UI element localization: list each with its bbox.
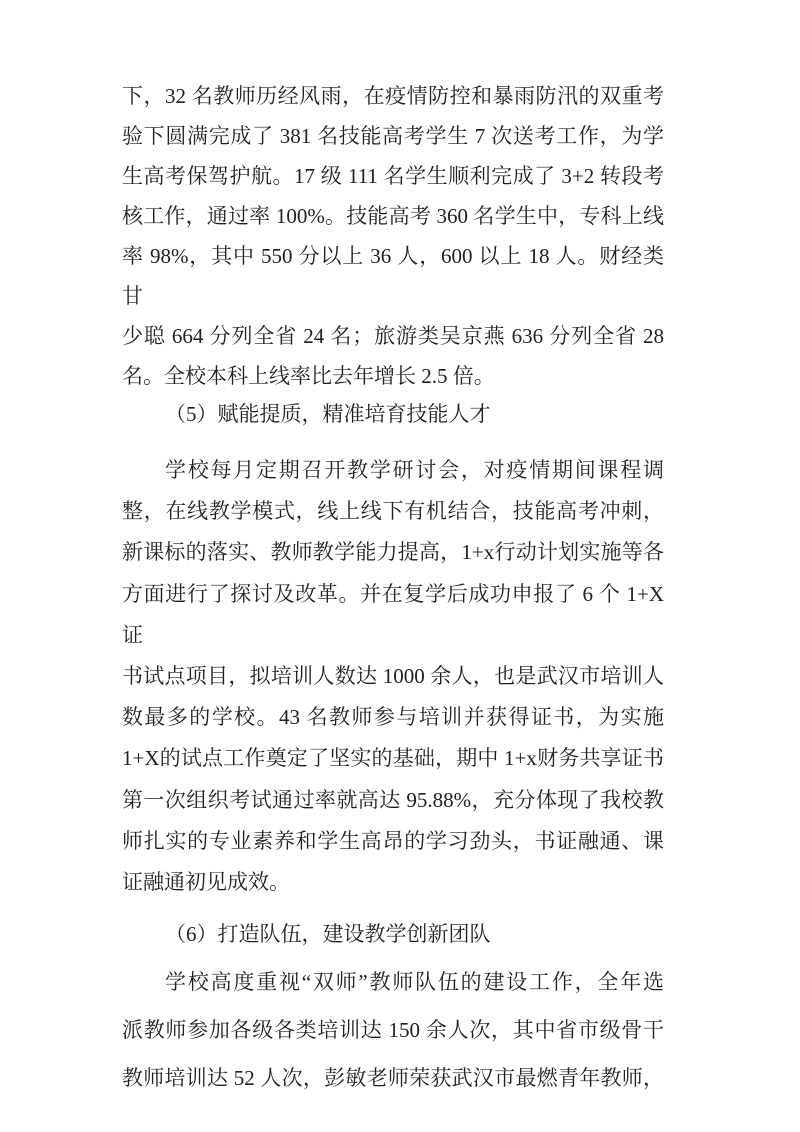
text-line: 核工作，通过率 100%。技能高考 360 名学生中，专科上线 bbox=[122, 196, 664, 236]
text-line: 教师培训达 52 人次，彭敏老师荣获武汉市最燃青年教师， bbox=[122, 1054, 664, 1102]
text-line: 下，32 名教师历经风雨，在疫情防控和暴雨防汛的双重考 bbox=[122, 76, 664, 116]
text-line: 名。全校本科上线率比去年增长 2.5 倍。 bbox=[122, 356, 664, 396]
text-line: 派教师参加各级各类培训达 150 余人次，其中省市级骨干 bbox=[122, 1006, 664, 1054]
paragraph-section-6: 学校高度重视“双师”教师队伍的建设工作，全年选 派教师参加各级各类培训达 150… bbox=[122, 958, 664, 1102]
text-line: 学校每月定期召开教学研讨会，对疫情期间课程调 bbox=[122, 450, 664, 491]
text-line: 1+X的试点工作奠定了坚实的基础，期中 1+x财务共享证书 bbox=[122, 738, 664, 779]
paragraph-section-5: 学校每月定期召开教学研讨会，对疫情期间课程调 整，在线教学模式，线上线下有机结合… bbox=[122, 450, 664, 903]
text-line: 证融通初见成效。 bbox=[122, 862, 664, 903]
paragraph-continuation: 下，32 名教师历经风雨，在疫情防控和暴雨防汛的双重考 验下圆满完成了 381 … bbox=[122, 76, 664, 396]
text-line: 验下圆满完成了 381 名技能高考学生 7 次送考工作，为学 bbox=[122, 116, 664, 156]
text-line: 书试点项目，拟培训人数达 1000 余人，也是武汉市培训人 bbox=[122, 656, 664, 697]
text-line: 师扎实的专业素养和学生高昂的学习劲头，书证融通、课 bbox=[122, 821, 664, 862]
document-content: 下，32 名教师历经风雨，在疫情防控和暴雨防汛的双重考 验下圆满完成了 381 … bbox=[122, 76, 664, 1102]
text-line: 第一次组织考试通过率就高达 95.88%，充分体现了我校教 bbox=[122, 780, 664, 821]
text-line: 率 98%，其中 550 分以上 36 人，600 以上 18 人。财经类甘 bbox=[122, 236, 664, 316]
document-page: 下，32 名教师历经风雨，在疫情防控和暴雨防汛的双重考 验下圆满完成了 381 … bbox=[0, 0, 800, 1132]
text-line: 学校高度重视“双师”教师队伍的建设工作，全年选 bbox=[122, 958, 664, 1006]
section-heading-5: （5）赋能提质，精准培育技能人才 bbox=[122, 394, 664, 434]
text-line: 整，在线教学模式，线上线下有机结合，技能高考冲刺， bbox=[122, 491, 664, 532]
text-line: 生高考保驾护航。17 级 111 名学生顺利完成了 3+2 转段考 bbox=[122, 156, 664, 196]
text-line: 少聪 664 分列全省 24 名；旅游类吴京燕 636 分列全省 28 bbox=[122, 316, 664, 356]
text-line: 方面进行了探讨及改革。并在复学后成功申报了 6 个 1+X证 bbox=[122, 574, 664, 656]
section-heading-6: （6）打造队伍，建设教学创新团队 bbox=[122, 914, 664, 954]
text-line: 数最多的学校。43 名教师参与培训并获得证书，为实施 bbox=[122, 697, 664, 738]
text-line: 新课标的落实、教师教学能力提高，1+x行动计划实施等各 bbox=[122, 532, 664, 573]
